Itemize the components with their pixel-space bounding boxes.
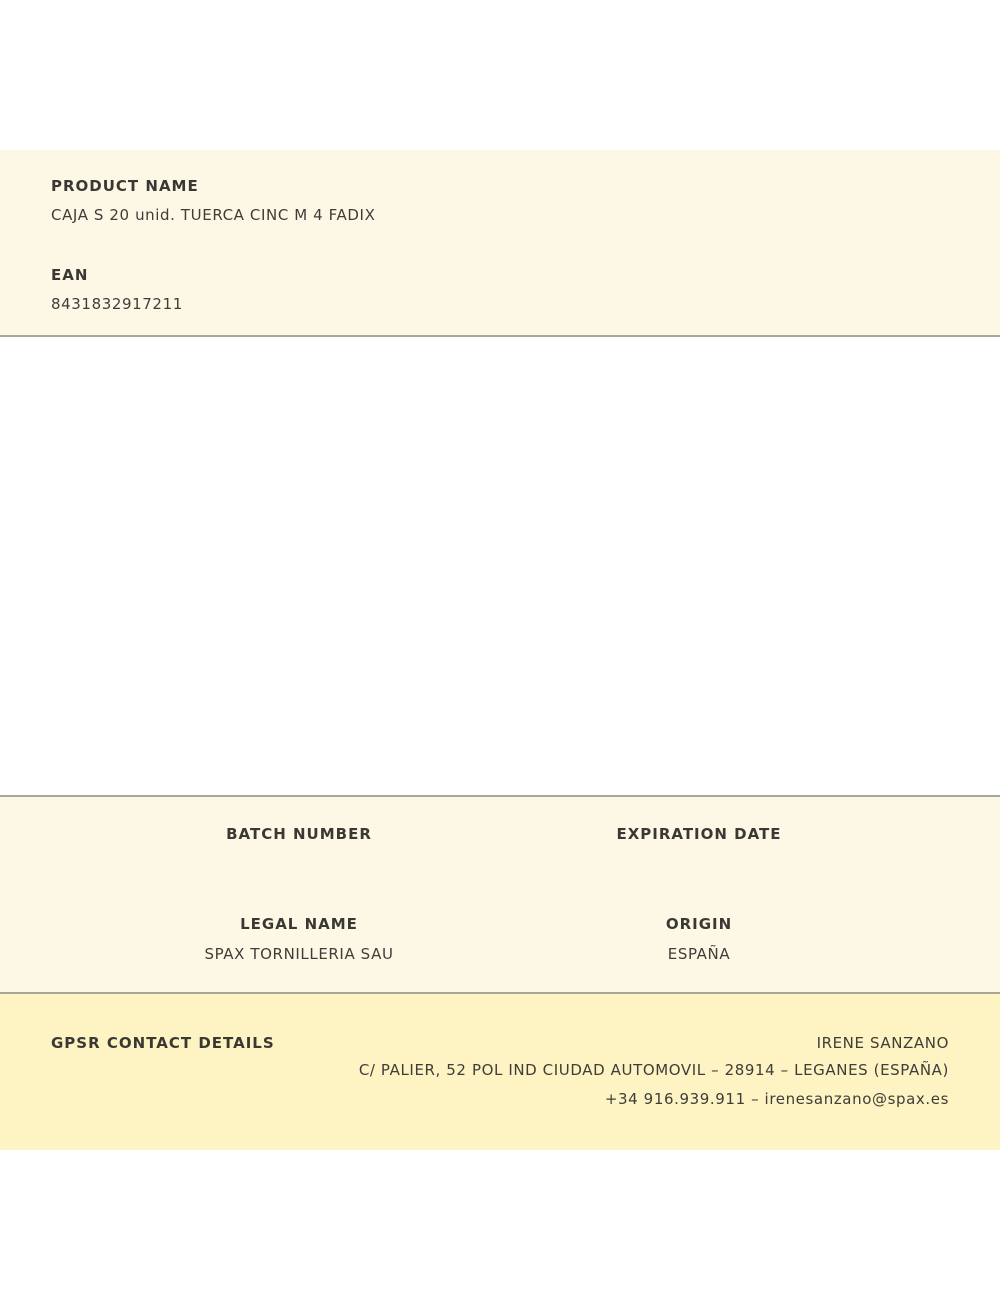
- ean-value: 8431832917211: [51, 295, 183, 313]
- legal-name-label: LEGAL NAME: [240, 915, 358, 933]
- contact-name: IRENE SANZANO: [817, 1034, 949, 1052]
- contact-address: C/ PALIER, 52 POL IND CIUDAD AUTOMOVIL –…: [359, 1061, 949, 1079]
- product-section: PRODUCT NAME CAJA S 20 unid. TUERCA CINC…: [0, 150, 1000, 337]
- batch-number-label: BATCH NUMBER: [226, 825, 372, 843]
- product-name-value: CAJA S 20 unid. TUERCA CINC M 4 FADIX: [51, 206, 375, 224]
- ean-label: EAN: [51, 266, 88, 284]
- product-name-label: PRODUCT NAME: [51, 177, 199, 195]
- gpsr-contact-label: GPSR CONTACT DETAILS: [51, 1034, 275, 1052]
- contact-phone-email: +34 916.939.911 – irenesanzano@spax.es: [605, 1090, 949, 1108]
- product-info-section: BATCH NUMBER EXPIRATION DATE LEGAL NAME …: [0, 795, 1000, 994]
- legal-name-value: SPAX TORNILLERIA SAU: [204, 945, 393, 963]
- expiration-date-label: EXPIRATION DATE: [616, 825, 781, 843]
- origin-label: ORIGIN: [666, 915, 732, 933]
- gpsr-contact-section: GPSR CONTACT DETAILS IRENE SANZANO C/ PA…: [0, 994, 1000, 1150]
- origin-value: ESPAÑA: [668, 945, 730, 963]
